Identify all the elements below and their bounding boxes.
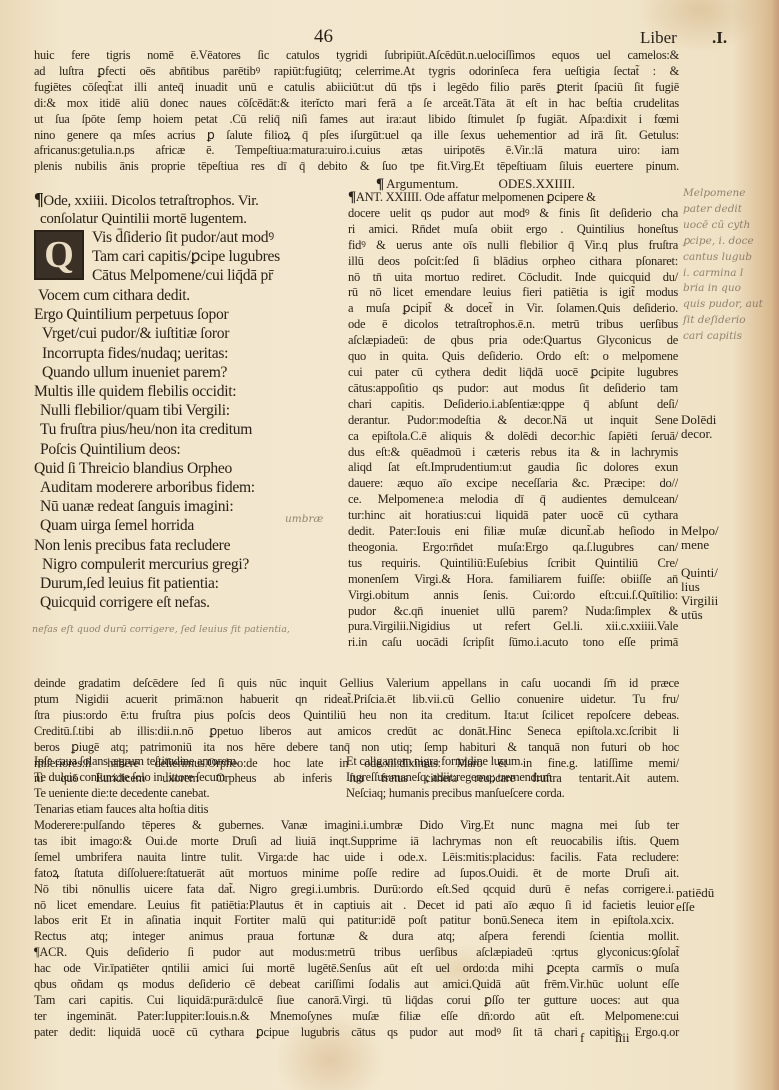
verse-line: Vocem cum cithara dedit. [34, 286, 339, 305]
margin-note-line: utūs [681, 608, 718, 622]
text-line: ter ingemināt. Pater:Iuppiter:Iouis.n.& … [34, 1009, 679, 1025]
commentary-column: ¶ANT. XXIIII. Ode affatur melpomenen ꝑci… [348, 190, 678, 651]
handwritten-line: pater dedit [683, 202, 763, 218]
text-line: deinde gradatim deſcēdere ſed ſi quis nū… [34, 676, 679, 692]
initial-verses: Vis d̄ſiderio ſit pudor/aut modꝰ Tam car… [92, 228, 280, 286]
commentary-lines: docere uelit qs pudor aut modꝰ & finis ſ… [348, 206, 678, 651]
page-header: 46 Liber .I. [0, 26, 779, 50]
text-line: ſemel umbrifera nauita lintre tulit. Vir… [34, 850, 679, 866]
book-page: 46 Liber .I. huic fere tigris nomē ē.Vēa… [0, 0, 779, 1090]
text-line: Rectus atq; integer animus praua fortunæ… [34, 929, 679, 945]
text-line: pudor &c.qn̄ inueniet ullū parem? Nuda:ſ… [348, 604, 678, 620]
margin-note-melpomene: Melpo/ mene [681, 524, 719, 552]
margin-note-quintilius: Quinti/ lius Virgilii utūs [681, 566, 718, 622]
book-number: .I. [712, 28, 727, 48]
margin-note-patiendum: patiēdū eſſe [676, 886, 714, 914]
margin-note-line: mene [681, 538, 719, 552]
text-line: illū deos poſcit:ſed ſi blādius orpheo c… [348, 254, 678, 270]
text-line: nō licet emendare. Leuius fit patiētia:P… [34, 898, 674, 914]
margin-note-line: Quinti/ [681, 566, 718, 580]
verse-line: Ergo Quintilium perpetuus ſopor [34, 305, 339, 324]
handwritten-line: quis pudor, aut [683, 297, 763, 313]
drop-cap-letter: Q [44, 236, 74, 274]
quoted-verses-left: Ipſe caua ſolans ægrum teſtitudine amore… [34, 754, 239, 818]
text-line: di:& mox itidē aliū donec naues cōſcēdāt… [34, 96, 679, 112]
text-line: tur:hinc ait horatius:cui liquidā pater … [348, 508, 678, 524]
handwritten-umbra: umbræ [285, 512, 323, 528]
text-line: dedit. Pater:Iouis eni filiæ muſæ dicunt… [348, 524, 678, 540]
ode-heading: ¶Ode, xxiiii. Dicolos tetraſtrophos. Vir… [34, 190, 339, 210]
ode-heading-line: conſolatur Quintilii mortē lugentem. [34, 210, 339, 228]
margin-note-line: lius [681, 580, 718, 594]
verse-line: Et caligantem nigra formidine lucum. [346, 754, 564, 770]
text-line: tas ibit imago:& Oui.de morte Druſi ad l… [34, 834, 679, 850]
verse-line: Ipſe caua ſolans ægrum teſtitudine amore… [34, 754, 239, 770]
text-line: africanus:getulia.n.ps africæ ē. Tempeſt… [34, 143, 679, 159]
verse-line: Nulli flebilior/quam tibi Vergili: [34, 401, 339, 420]
text-line: aliqd ſat eſt.Imprudentium:ut gaudia ſic… [348, 460, 678, 476]
text-line: ode ē dicolos tetraſtrophos.ē.n. metrū t… [348, 317, 678, 333]
text-line: a muſa ꝑcipit̃ & docet̃ in Vir. ſolamen.… [348, 301, 678, 317]
text-line: ptum Nigidii acuerit primā:non habuerit … [34, 692, 679, 708]
text-line: nino genere qa mſes acrius ꝑ ſalute fili… [34, 128, 679, 144]
text-line: fatoꝝ ſtatuta diſſoluere:ſtatuerāt aūt m… [34, 866, 679, 882]
verse-line: Tu fruſtra pius/heu/non ita creditum [34, 420, 339, 439]
text-line: fidꝰ & uerus ante oīs nulli flebilior q̄… [348, 238, 678, 254]
verse-line: Incorrupta fides/nudaq; ueritas: [34, 344, 339, 363]
text-line: labos erit Et in aſinatia inquit Fortite… [34, 913, 674, 929]
verse-line: Vis d̄ſiderio ſit pudor/aut modꝰ [92, 228, 280, 247]
argument-label: Argumentum. [386, 176, 458, 191]
text-line: tus requiris. Quintiliū:Euſebius ſcribit… [348, 556, 678, 572]
text-line: nō tn̄ uita mortuo rediret. Cōcludit. In… [348, 270, 678, 286]
margin-note-line: eſſe [676, 900, 714, 914]
verse-line: Te dulcis coniunx:te ſolo in littore ſec… [34, 770, 239, 786]
margin-note-line: Virgilii [681, 594, 718, 608]
text-line: ſtra pius:ordo ē:tu fruſtra pius poſcis … [34, 708, 679, 724]
text-line: derantur. Pudor:modeſtia & decor.Nā ut i… [348, 413, 678, 429]
text-line: hac ode Vir.īpatiēter qntilii amici ſui … [34, 961, 679, 977]
verse-line: Ingreſſus:maneſq; adiit:regemq; tremendu… [346, 770, 564, 786]
text-line: monenſem Virgi.& Hora. familiarem fuiſſe… [348, 572, 678, 588]
text-line: ad luſtra ꝑfecti oēs abn̄tibus parētibꝰ … [34, 64, 679, 80]
running-title: Liber [640, 28, 677, 48]
text-line: ¶ACR. Quis deſiderio ſi pudor aut modus:… [34, 945, 679, 961]
decorated-initial-icon: Q [34, 230, 84, 280]
verse-line: Tenarias etiam fauces alta hoſtia ditis [34, 802, 239, 818]
verse-line: Quid ſi Threicio blandius Orpheo [34, 459, 339, 478]
handwritten-line: cantus lugub [683, 250, 763, 266]
verse-line: Durum,ſed leuius fit patientia: [34, 574, 339, 593]
margin-note-line: decor. [681, 427, 716, 441]
handwritten-line: i. carmina l [683, 266, 763, 282]
handwritten-line: ſit deſiderio [683, 313, 763, 329]
verse-line: Te ueniente die:te decedente canebat. [34, 786, 239, 802]
text-line: ri.in caſu uocādi ſcripſit ſūmo.i.acuto … [348, 635, 678, 651]
text-line: docere uelit qs pudor aut modꝰ & finis ſ… [348, 206, 678, 222]
verse-line: Poſcis Quintilium deos: [34, 440, 339, 459]
text-line: plenis nubilis ānis proprie tēpeſtiua re… [34, 159, 679, 175]
final-commentary: Moderere:pulſando tēperes & gubernes. Va… [34, 818, 679, 1041]
margin-note-line: Melpo/ [681, 524, 719, 538]
page-number: 46 [314, 26, 333, 48]
verse-line: Quicquid corrigere eſt nefas. [34, 593, 339, 612]
text-line: rū nō licet emendare leuius fieri patiēt… [348, 285, 678, 301]
poem-column: ¶Ode, xxiiii. Dicolos tetraſtrophos. Vir… [34, 190, 339, 612]
text-line: dus eſt:& quēadmoū i cæteris rebus ita &… [348, 445, 678, 461]
text-line: ce. Melpomene:a melodia dī q̄ audientes … [348, 492, 678, 508]
text-line: Creditū.ſ.tibi ab illis:dii.n.nō ꝑpetuo … [34, 724, 679, 740]
text-line: ¶ANT. XXIIII. Ode affatur melpomenen ꝑci… [348, 190, 678, 206]
text-line: Nō tibi nōnullis uicere fata dat̃. Nigro… [34, 882, 674, 898]
verse-line: Nigro compulerit mercurius gregi? [34, 555, 339, 574]
text-line: cui pater cū cythera dedit liq̄dā uocē ꝑ… [348, 365, 678, 381]
text-line: theogonia. Ergo:rn̄det muſa:Ergo qa.ſ.lu… [348, 540, 678, 556]
verse-line: Cātus Melpomene/cui liq̄dā pr̄ [92, 266, 280, 285]
commentary-text: ANT. XXIIII. Ode affatur melpomenen ꝑcip… [356, 190, 596, 204]
intro-commentary: huic fere tigris nomē ē.Vēatores ſic cat… [34, 48, 679, 175]
quoted-verses-right: Et caligantem nigra formidine lucum.Ingr… [346, 754, 564, 802]
text-line: ri amici. Rn̄det muſa obiit ergo . Quint… [348, 222, 678, 238]
text-line: qbus oñdam qs modus deſiderio cē debeat … [34, 977, 679, 993]
verse-line: Multis ille quidem flebilis occidit: [34, 382, 339, 401]
text-line: quo in quita. Quis deſiderio. Ordo eſt: … [348, 349, 678, 365]
initial-block: Q Vis d̄ſiderio ſit pudor/aut modꝰ Tam c… [34, 228, 339, 286]
text-line: huic fere tigris nomē ē.Vēatores ſic cat… [34, 48, 679, 64]
handwritten-line: ꝑcipe, i. doce [683, 234, 763, 250]
verse-list: Vocem cum cithara dedit.Ergo Quintilium … [34, 286, 339, 612]
signature-number: iiii [615, 1030, 629, 1046]
text-line: cātus:appoſitio qs pudor: aut modus ſit … [348, 381, 678, 397]
pilcrow-icon: ¶ [34, 189, 43, 209]
text-line: aſclæpiadeū: de qbus pria ode:Quartus Gl… [348, 333, 678, 349]
text-line: Moderere:pulſando tēperes & gubernes. Va… [34, 818, 679, 834]
margin-note-doledi: Dolēdi decor. [681, 413, 716, 441]
handwritten-line: uocē cū cyth [683, 218, 763, 234]
handwritten-line: Melpomene [683, 186, 763, 202]
text-line: fugiētes cōſeqt̃:at illi anteq̄ inuadit … [34, 80, 679, 96]
text-line: dauere: æquo aīo excipe neceſſaria &c. P… [348, 476, 678, 492]
handwritten-margin-notes: Melpomenepater dedituocē cū cythꝑcipe, i… [683, 186, 763, 345]
margin-note-line: patiēdū [676, 886, 714, 900]
ode-number: ODES.XXIIII. [498, 176, 575, 191]
handwritten-line: bria in quo [683, 281, 763, 297]
signature-letter: f [580, 1030, 584, 1046]
text-line: chari capitis. Deſiderio.i.abſentiæ:qppe… [348, 397, 678, 413]
verse-line: Tam cari capitis/ꝑcipe lugubres [92, 247, 280, 266]
margin-note-line: Dolēdi [681, 413, 716, 427]
verse-line: Non lenis precibus fata recludere [34, 536, 339, 555]
text-line: Tam cari capitis. Cui liquidā:purā:dulcē… [34, 993, 679, 1009]
verse-line: Neſciaq; humanis precibus manſueſcere co… [346, 786, 564, 802]
text-line: ca epiſtola.C.ē aliquis & dolēdi decor:h… [348, 429, 678, 445]
text-line: pura.Virgilii.Nigidius ut refert Gel.li.… [348, 619, 678, 635]
verse-line: Vrget/cui pudor/& iuſtitiæ ſoror [34, 324, 339, 343]
text-line: ut ſua ſpōte ſemp hoiem petat .Cū reliq̄… [34, 112, 679, 128]
text-line: Virgi.obitum annis ſenis. Cui:ordo eſt:c… [348, 588, 678, 604]
pilcrow-icon: ¶ [348, 189, 356, 205]
verse-line: Auditam moderere arboribus fidem: [34, 478, 339, 497]
verse-line: Quando ullum inueniet parem? [34, 363, 339, 382]
ode-heading-line: Ode, xxiiii. Dicolos tetraſtrophos. Vir. [43, 193, 258, 209]
handwritten-line: cari capitis [683, 329, 763, 345]
handwritten-gloss: nefas eſt quod durū corrigere, ſed leuiu… [32, 622, 290, 638]
